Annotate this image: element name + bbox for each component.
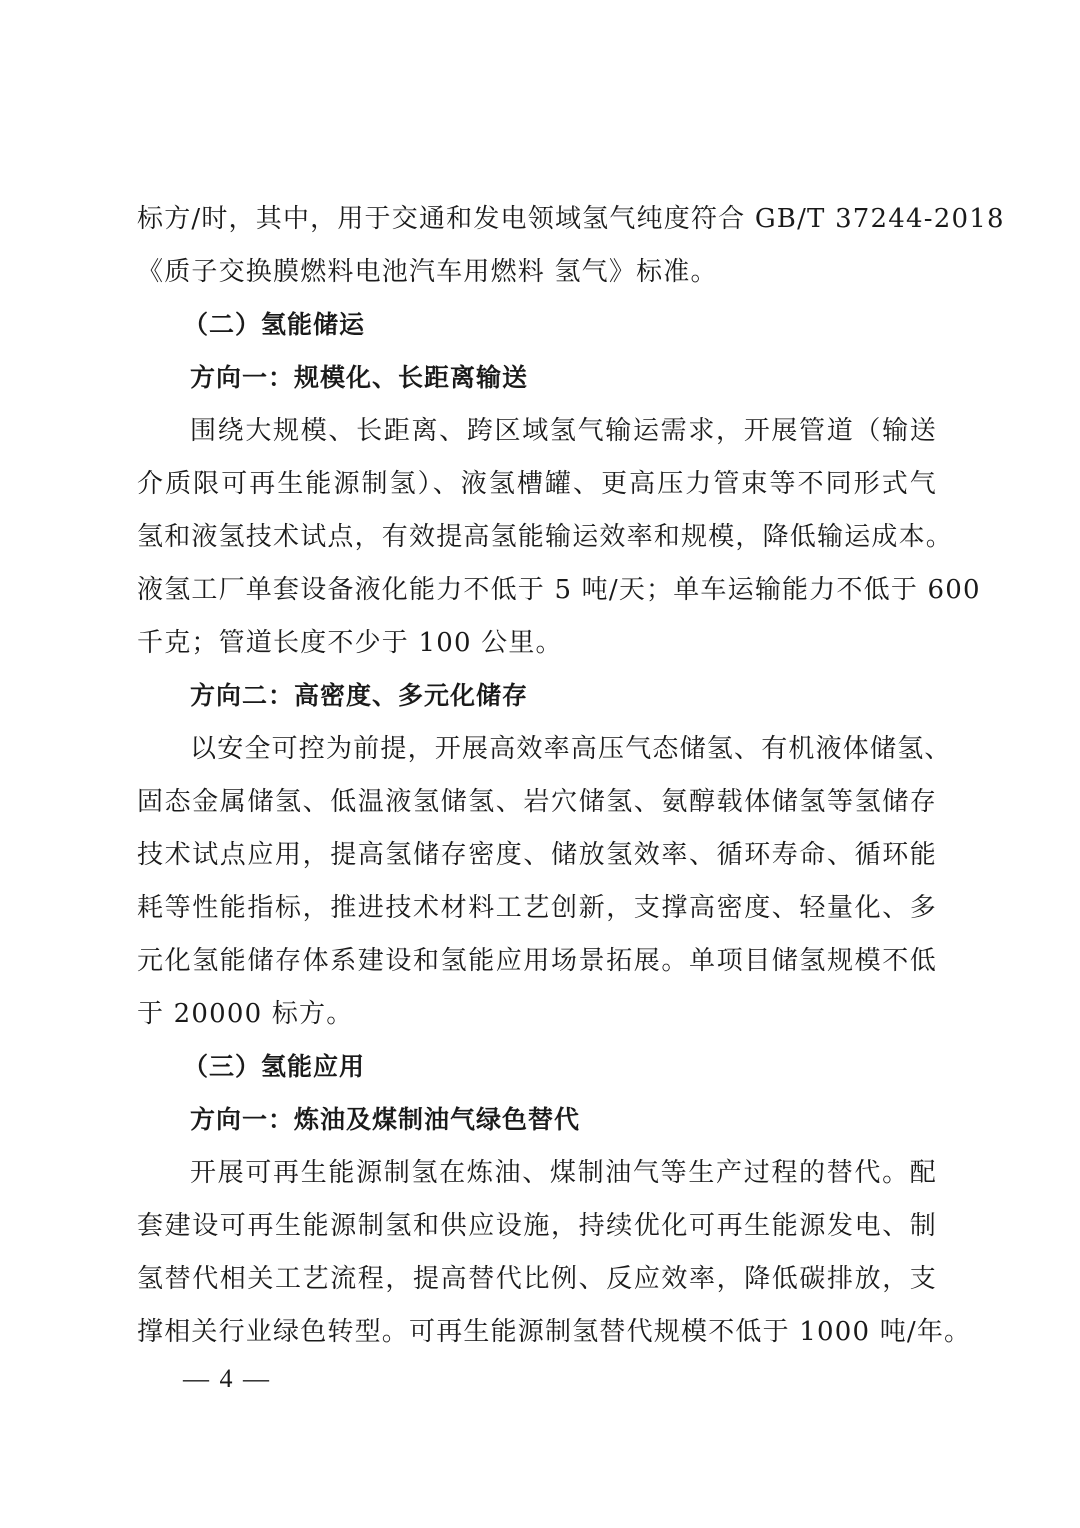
paragraph-line: 技术试点应用，提高氢储存密度、储放氢效率、循环寿命、循环能 (137, 835, 937, 875)
paragraph-line: 开展可再生能源制氢在炼油、煤制油气等生产过程的替代。配 (190, 1153, 937, 1193)
direction-heading: 方向一：炼油及煤制油气绿色替代 (190, 1100, 990, 1140)
paragraph-line: 以安全可控为前提，开展高效率高压气态储氢、有机液体储氢、 (190, 729, 937, 769)
section-heading-application: （三）氢能应用 (183, 1047, 983, 1087)
paragraph-line: 标方/时，其中，用于交通和发电领域氢气纯度符合 GB/T 37244-2018 (137, 199, 937, 239)
paragraph-line: 撑相关行业绿色转型。可再生能源制氢替代规模不低于 1000 吨/年。 (137, 1312, 937, 1352)
paragraph-line: 氢替代相关工艺流程，提高替代比例、反应效率，降低碳排放，支 (137, 1259, 937, 1299)
paragraph-line: 介质限可再生能源制氢）、液氢槽罐、更高压力管束等不同形式气 (137, 464, 937, 504)
paragraph-line: 围绕大规模、长距离、跨区域氢气输运需求，开展管道（输送 (190, 411, 937, 451)
paragraph-line: 于 20000 标方。 (137, 994, 937, 1034)
paragraph-line: 液氢工厂单套设备液化能力不低于 5 吨/天；单车运输能力不低于 600 (137, 570, 937, 610)
paragraph-line: 千克；管道长度不少于 100 公里。 (137, 623, 937, 663)
paragraph-line: 氢和液氢技术试点，有效提高氢能输运效率和规模，降低输运成本。 (137, 517, 937, 557)
direction-heading: 方向二：高密度、多元化储存 (190, 676, 990, 716)
direction-heading: 方向一：规模化、长距离输送 (190, 358, 990, 398)
paragraph-line: 套建设可再生能源制氢和供应设施，持续优化可再生能源发电、制 (137, 1206, 937, 1246)
section-heading-storage-transport: （二）氢能储运 (183, 305, 983, 345)
page-number: — 4 — (183, 1359, 271, 1399)
paragraph-line: 固态金属储氢、低温液氢储氢、岩穴储氢、氨醇载体储氢等氢储存 (137, 782, 937, 822)
paragraph-line: 耗等性能指标，推进技术材料工艺创新，支撑高密度、轻量化、多 (137, 888, 937, 928)
document-page: 标方/时，其中，用于交通和发电领域氢气纯度符合 GB/T 37244-2018 … (0, 0, 1080, 1528)
paragraph-line: 《质子交换膜燃料电池汽车用燃料 氢气》标准。 (137, 252, 937, 292)
paragraph-line: 元化氢能储存体系建设和氢能应用场景拓展。单项目储氢规模不低 (137, 941, 937, 981)
